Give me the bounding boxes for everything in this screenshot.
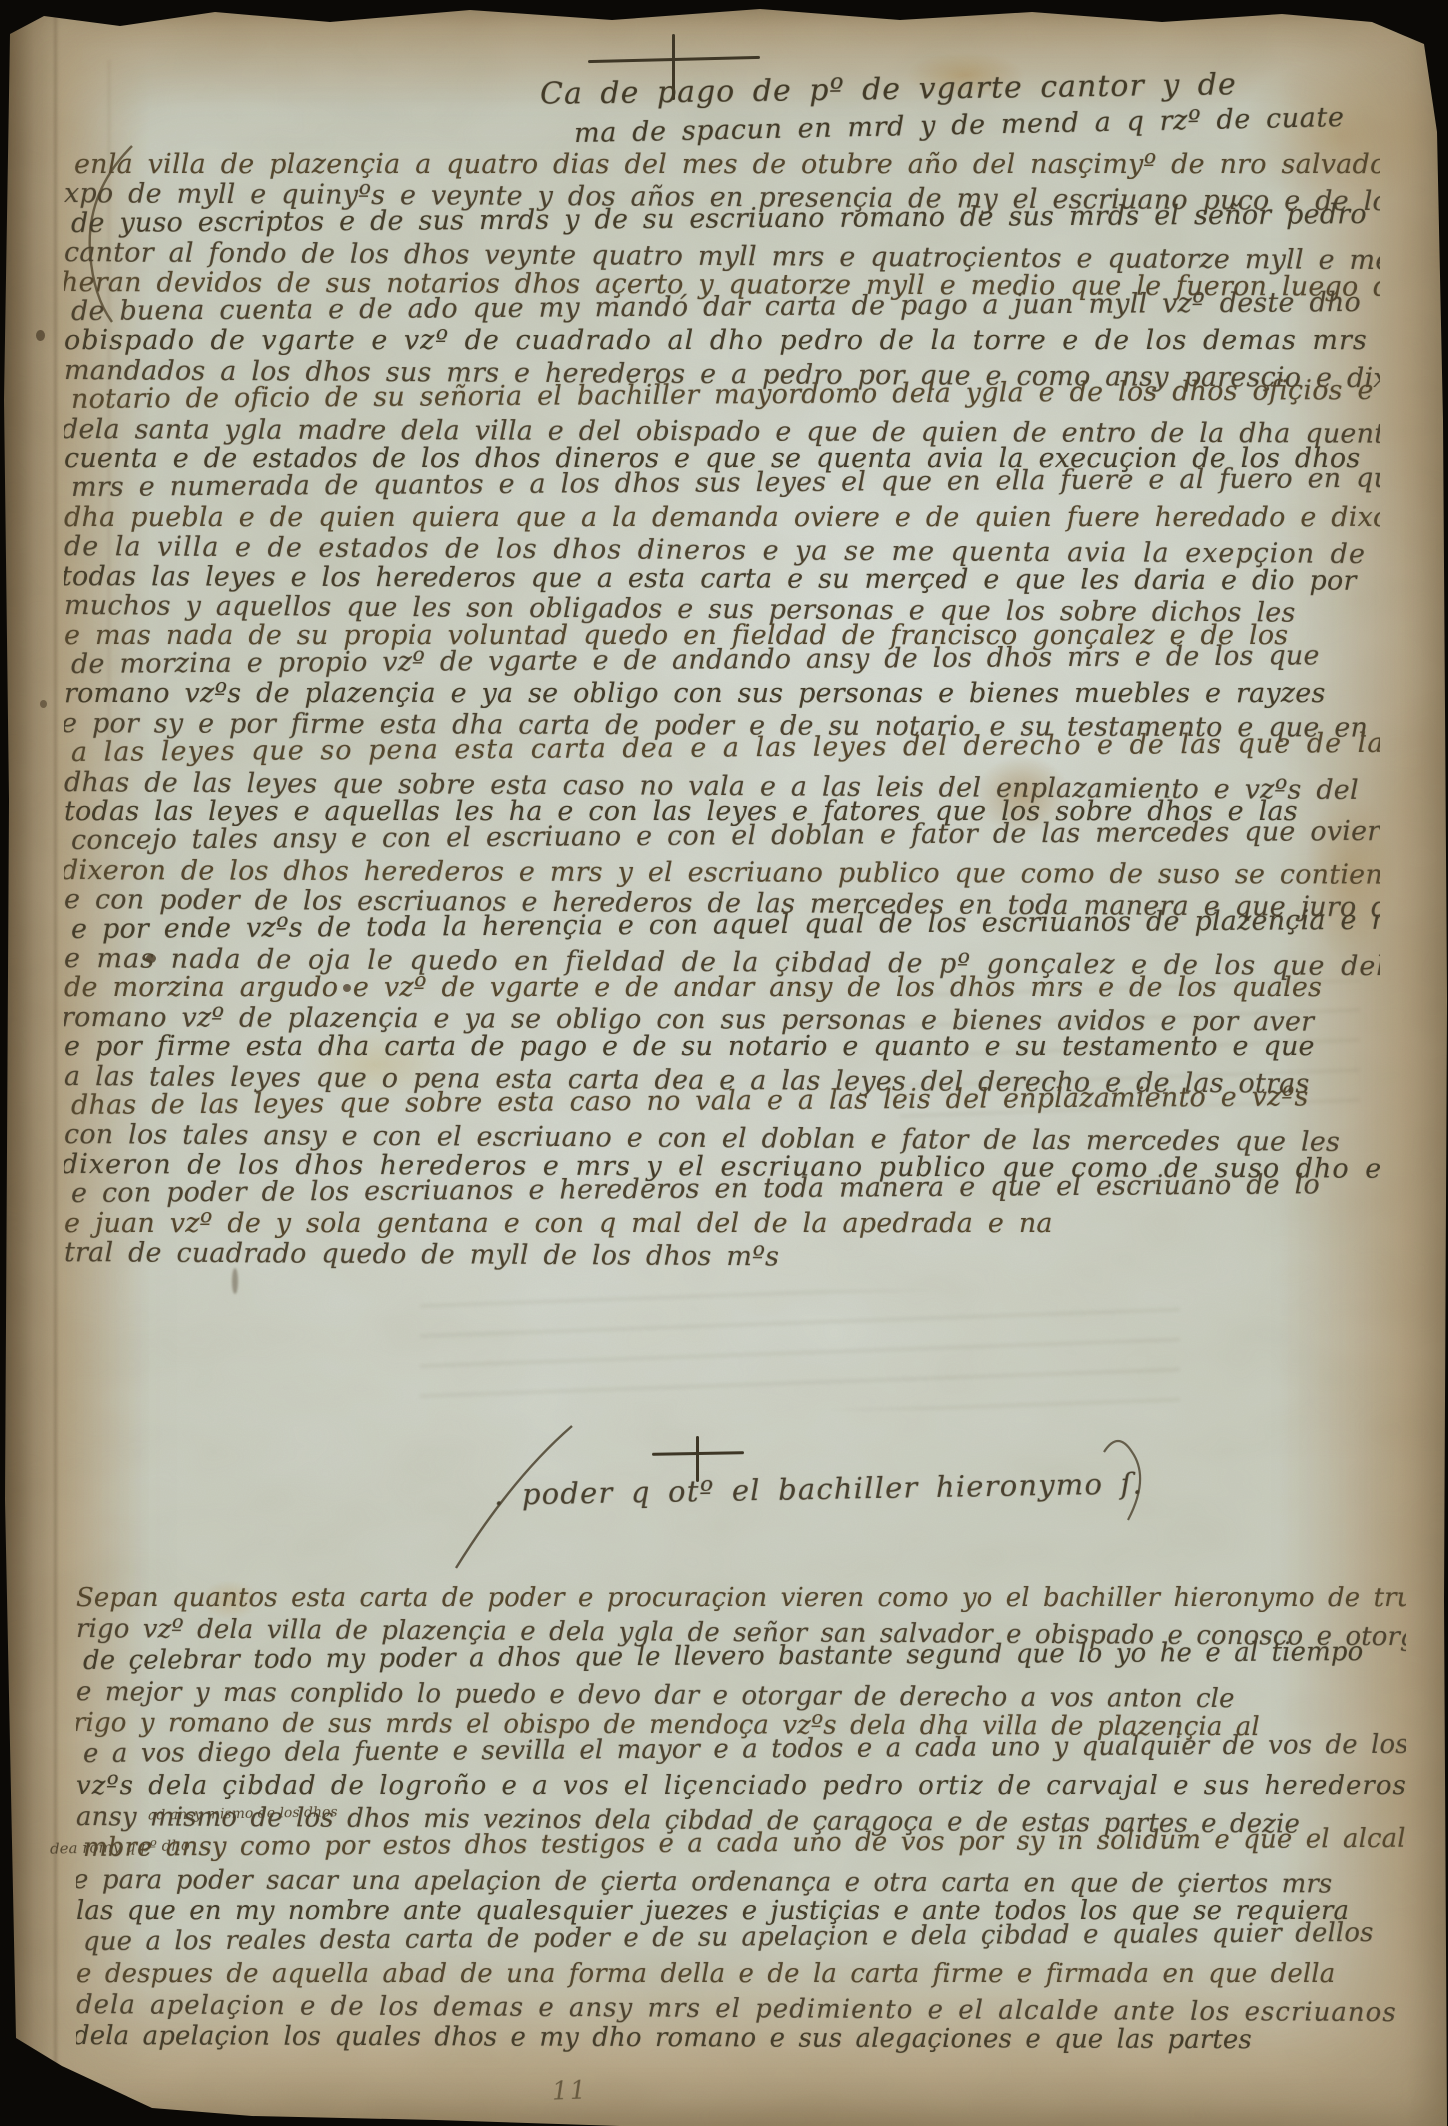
section-heading-poder: . poder q otº el bachiller hieronymo ſ. — [494, 1466, 1143, 1511]
manuscript-line: enla villa de plazençia a quatro dias de… — [64, 150, 1380, 179]
manuscript-line: dha puebla e de quien quiera que a la de… — [64, 503, 1380, 532]
manuscript-line: a las leyes que so pena esta carta dea e… — [71, 729, 1380, 768]
folio-number: 11 — [552, 2075, 589, 2105]
manuscript-line: dela apelaçion los quales dhos e my dho … — [76, 2021, 1403, 2057]
photo-backdrop: Ca de pago de pº de vgarte cantor y de m… — [0, 0, 1448, 2126]
manuscript-line: obispado de vgarte e vzº de cuadrado al … — [64, 326, 1380, 355]
manuscript-line: tral de cuadrado quedo de myll de los dh… — [64, 1238, 1380, 1274]
ink-spot — [40, 700, 47, 708]
upper-text-block: enla villa de plazençia a quatro dias de… — [64, 150, 1380, 1274]
manuscript-line: vzºs dela çibdad de logroño e a vos el l… — [76, 1771, 1406, 1802]
manuscript-line: romano vzºs de plazençia e ya se obligo … — [64, 679, 1380, 708]
lower-text-block: Sepan quantos esta carta de poder e proc… — [76, 1583, 1406, 2061]
manuscript-line: notario de oficio de su señoria el bachi… — [71, 376, 1380, 415]
manuscript-line: concejo tales ansy e con el escriuano e … — [71, 817, 1380, 856]
manuscript-line: e con poder de los escriuanos e heredero… — [71, 1170, 1380, 1209]
ink-spot — [36, 330, 45, 341]
manuscript-line: de morzina argudo e vzº de vgarte e de a… — [64, 973, 1380, 1002]
manuscript-line: e despues de aquella abad de una forma d… — [76, 1959, 1406, 1990]
showthrough-text — [420, 1290, 1180, 1410]
manuscript-line: e por firme esta dha carta de pago e de … — [64, 1032, 1380, 1061]
manuscript-page: Ca de pago de pº de vgarte cantor y de m… — [0, 0, 1448, 2126]
gutter-crease — [54, 0, 57, 2126]
manuscript-line: e juan vzº de y sola gentana e con q mal… — [64, 1209, 1380, 1238]
manuscript-line: de buena cuenta e de ado que my mandó da… — [71, 288, 1380, 327]
manuscript-line: mrs e numerada de quantos e a los dhos s… — [71, 464, 1380, 503]
manuscript-line: Sepan quantos esta carta de poder e proc… — [76, 1583, 1406, 1614]
